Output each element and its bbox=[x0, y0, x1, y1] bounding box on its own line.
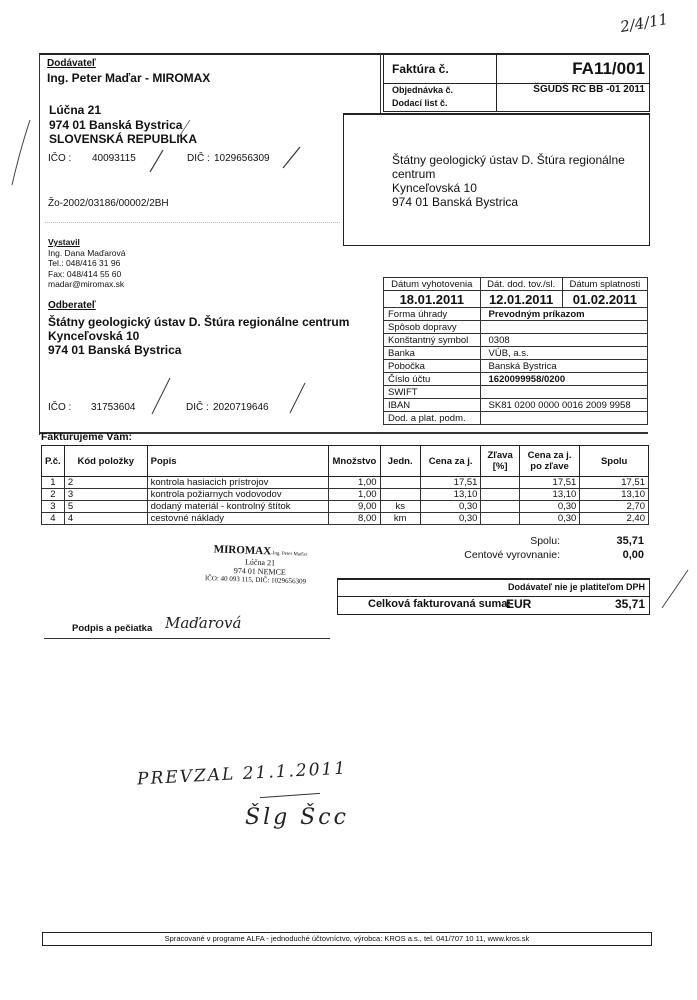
payment-label: Konštantný symbol bbox=[384, 334, 481, 347]
items-table: P.č.Kód položkyPopisMnožstvoJedn.Cena za… bbox=[41, 445, 649, 525]
grand-total-label: Celková fakturovaná suma: bbox=[368, 598, 511, 610]
address-line-1: Štátny geologický ústav D. Štúra regioná… bbox=[392, 153, 625, 167]
item-unit: ks bbox=[380, 501, 420, 513]
payment-label: Dod. a plat. podm. bbox=[384, 412, 481, 425]
customer-address: Štátny geologický ústav D. Štúra regioná… bbox=[48, 315, 349, 357]
column-header: Popis bbox=[147, 446, 329, 477]
totals-labels: Spolu: Centové vyrovnanie: bbox=[430, 534, 560, 562]
item-total: 17,51 bbox=[580, 477, 649, 489]
payment-label: Pobočka bbox=[384, 360, 481, 373]
invoice-number: FA11/001 bbox=[572, 59, 645, 79]
payment-row: Číslo účtu1620099958/0200 bbox=[384, 373, 648, 386]
item-discount bbox=[481, 513, 519, 525]
item-no: 3 bbox=[42, 501, 65, 513]
item-row: 12kontrola hasiacich prístrojov1,0017,51… bbox=[42, 477, 649, 489]
item-qty: 8,00 bbox=[329, 513, 380, 525]
payment-row: Konštantný symbol0308 bbox=[384, 334, 648, 347]
payment-label: Číslo účtu bbox=[384, 373, 481, 386]
item-qty: 1,00 bbox=[329, 489, 380, 501]
item-discount bbox=[481, 489, 519, 501]
grand-total-box: Dodávateľ nie je platiteľom DPH Celková … bbox=[337, 578, 650, 615]
currency: EUR bbox=[506, 597, 531, 611]
invoice-number-box: Faktúra č. FA11/001 Objednávka č. ŠGUDŠ … bbox=[383, 55, 650, 112]
payment-row: PobočkaBanská Bystrica bbox=[384, 360, 648, 373]
item-row: 35dodaný materiál - kontrolný štítok9,00… bbox=[42, 501, 649, 513]
payment-value: Banská Bystrica bbox=[480, 360, 647, 373]
sum-label: Spolu: bbox=[430, 534, 560, 548]
customer-street: Kynceľovská 10 bbox=[48, 329, 349, 343]
customer-name: Štátny geologický ústav D. Štúra regioná… bbox=[48, 315, 349, 329]
item-unit: km bbox=[380, 513, 420, 525]
signature-line bbox=[44, 638, 330, 639]
payment-label: IBAN bbox=[384, 399, 481, 412]
item-price: 0,30 bbox=[420, 501, 481, 513]
customer-dic-label: DIČ : bbox=[186, 402, 209, 413]
customer-ico: 31753604 bbox=[91, 402, 136, 413]
item-price-after: 0,30 bbox=[519, 501, 580, 513]
issued-by-tel: Tel.: 048/416 31 96 bbox=[48, 258, 126, 269]
payment-label: SWIFT bbox=[384, 386, 481, 399]
issued-by-label: Vystavil bbox=[48, 237, 126, 248]
handwritten-initials: Šlg Šcc bbox=[245, 805, 349, 830]
sum-value: 35,71 bbox=[580, 534, 644, 548]
payment-row: Spôsob dopravy bbox=[384, 321, 648, 334]
payment-value: Prevodným príkazom bbox=[480, 308, 647, 321]
issued-by: Vystavil Ing. Dana Maďarová Tel.: 048/41… bbox=[48, 237, 126, 290]
address-line-3: Kynceľovská 10 bbox=[392, 181, 625, 195]
payment-value: SK81 0200 0000 0016 2009 9958 bbox=[480, 399, 647, 412]
item-price: 17,51 bbox=[420, 477, 481, 489]
vat-note: Dodávateľ nie je platiteľom DPH bbox=[508, 582, 645, 592]
totals-values: 35,71 0,00 bbox=[580, 534, 644, 562]
invoice-label: Faktúra č. bbox=[392, 62, 449, 76]
handwritten-signature: Maďarová bbox=[165, 614, 241, 632]
order-value: ŠGUDŠ RC BB -01 2011 bbox=[533, 84, 645, 95]
item-price: 0,30 bbox=[420, 513, 481, 525]
delivery-date-label: Dát. dod. tov./sl. bbox=[480, 278, 562, 291]
issue-date: 18.01.2011 bbox=[384, 291, 481, 308]
item-total: 2,40 bbox=[580, 513, 649, 525]
column-header: Zľava [%] bbox=[481, 446, 519, 477]
address-line-4: 974 01 Banská Bystrica bbox=[392, 195, 625, 209]
payment-info-table: Dátum vyhotovenia Dát. dod. tov./sl. Dát… bbox=[383, 277, 648, 425]
delivery-note-label: Dodací list č. bbox=[392, 98, 448, 108]
item-no: 2 bbox=[42, 489, 65, 501]
fold-line bbox=[45, 222, 340, 223]
company-stamp: MIROMAX-Ing. Peter Maďar Lúčna 21 974 01… bbox=[199, 543, 320, 587]
address-window: Štátny geologický ústav D. Štúra regioná… bbox=[343, 113, 650, 246]
payment-value bbox=[480, 412, 647, 425]
payment-value: 0308 bbox=[480, 334, 647, 347]
customer-ico-label: IČO : bbox=[48, 402, 71, 413]
item-discount bbox=[481, 477, 519, 489]
rounding-label: Centové vyrovnanie: bbox=[430, 548, 560, 562]
item-desc: kontrola hasiacich prístrojov bbox=[147, 477, 329, 489]
order-label: Objednávka č. bbox=[392, 85, 453, 95]
payment-value: 1620099958/0200 bbox=[480, 373, 647, 386]
item-total: 2,70 bbox=[580, 501, 649, 513]
item-price-after: 0,30 bbox=[519, 513, 580, 525]
payment-row: SWIFT bbox=[384, 386, 648, 399]
issued-by-email: madar@miromax.sk bbox=[48, 279, 126, 290]
customer-dic: 2020719646 bbox=[213, 402, 269, 413]
payment-row: Forma úhradyPrevodným príkazom bbox=[384, 308, 648, 321]
item-desc: dodaný materiál - kontrolný štítok bbox=[147, 501, 329, 513]
due-date: 01.02.2011 bbox=[562, 291, 647, 308]
payment-value bbox=[480, 386, 647, 399]
item-qty: 1,00 bbox=[329, 477, 380, 489]
address-line-2: centrum bbox=[392, 167, 625, 181]
payment-label: Banka bbox=[384, 347, 481, 360]
payment-label: Forma úhrady bbox=[384, 308, 481, 321]
item-qty: 9,00 bbox=[329, 501, 380, 513]
item-row: 23kontrola požiarnych vodovodov1,0013,10… bbox=[42, 489, 649, 501]
column-header: Jedn. bbox=[380, 446, 420, 477]
item-no: 1 bbox=[42, 477, 65, 489]
item-unit bbox=[380, 489, 420, 501]
payment-label: Spôsob dopravy bbox=[384, 321, 481, 334]
issued-by-fax: Fax: 048/414 55 60 bbox=[48, 269, 126, 280]
column-header: P.č. bbox=[42, 446, 65, 477]
column-header: Kód položky bbox=[64, 446, 147, 477]
item-price: 13,10 bbox=[420, 489, 481, 501]
payment-row: IBANSK81 0200 0000 0016 2009 9958 bbox=[384, 399, 648, 412]
grand-total-value: 35,71 bbox=[615, 597, 645, 611]
item-desc: cestovné náklady bbox=[147, 513, 329, 525]
item-row: 44cestovné náklady8,00km0,300,302,40 bbox=[42, 513, 649, 525]
payment-row: BankaVÚB, a.s. bbox=[384, 347, 648, 360]
column-header: Cena za j. po zľave bbox=[519, 446, 580, 477]
item-price-after: 13,10 bbox=[519, 489, 580, 501]
due-date-label: Dátum splatnosti bbox=[562, 278, 647, 291]
item-code: 2 bbox=[64, 477, 147, 489]
item-code: 5 bbox=[64, 501, 147, 513]
column-header: Cena za j. bbox=[420, 446, 481, 477]
payment-value: VÚB, a.s. bbox=[480, 347, 647, 360]
customer-city: 974 01 Banská Bystrica bbox=[48, 343, 349, 357]
issue-date-label: Dátum vyhotovenia bbox=[384, 278, 481, 291]
delivery-date: 12.01.2011 bbox=[480, 291, 562, 308]
stamp-owner: -Ing. Peter Maďar bbox=[271, 551, 307, 557]
items-title: Fakturujeme Vám: bbox=[41, 431, 132, 443]
item-unit bbox=[380, 477, 420, 489]
stamp-company: MIROMAX bbox=[214, 543, 272, 557]
payment-row: Dod. a plat. podm. bbox=[384, 412, 648, 425]
item-discount bbox=[481, 501, 519, 513]
item-code: 3 bbox=[64, 489, 147, 501]
payment-value bbox=[480, 321, 647, 334]
customer-label: Odberateľ bbox=[48, 300, 96, 311]
item-desc: kontrola požiarnych vodovodov bbox=[147, 489, 329, 501]
item-price-after: 17,51 bbox=[519, 477, 580, 489]
signature-label: Podpis a pečiatka bbox=[72, 623, 152, 634]
item-no: 4 bbox=[42, 513, 65, 525]
issued-by-name: Ing. Dana Maďarová bbox=[48, 248, 126, 259]
column-header: Spolu bbox=[580, 446, 649, 477]
rounding-value: 0,00 bbox=[580, 548, 644, 562]
item-total: 13,10 bbox=[580, 489, 649, 501]
item-code: 4 bbox=[64, 513, 147, 525]
column-header: Množstvo bbox=[329, 446, 380, 477]
software-footer: Spracované v programe ALFA - jednoduché … bbox=[42, 932, 652, 946]
